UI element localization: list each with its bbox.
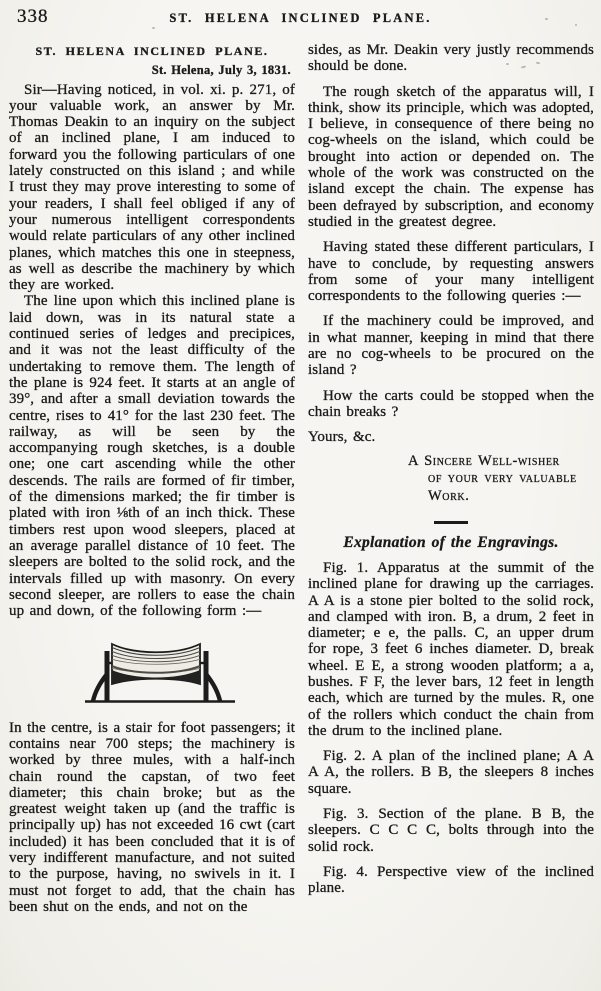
body-paragraph: Having stated these different particular…: [308, 239, 594, 304]
paper-speck: [575, 24, 577, 26]
figure-caption-paragraph: Fig. 4. Perspective view of the inclined…: [308, 864, 594, 897]
body-paragraph: sides, as Mr. Deakin very justly recomme…: [308, 42, 594, 75]
page-number: 338: [17, 6, 49, 28]
body-paragraph: The line upon which this inclined plane …: [9, 293, 295, 619]
letter-closing: Yours, &c.: [308, 429, 594, 445]
signature-line: of your very valuable: [428, 470, 594, 488]
figure-caption-paragraph: Fig. 2. A plan of the inclined plane; A …: [308, 748, 594, 797]
pencil-mark: [506, 63, 509, 65]
figure-caption-paragraph: Fig. 1. Apparatus at the summit of the i…: [308, 560, 594, 739]
signature-line: Work.: [428, 488, 594, 506]
body-paragraph: In the centre, is a stair for foot passe…: [9, 720, 295, 916]
section-heading: Explanation of the Engravings.: [308, 535, 594, 551]
body-paragraph: The rough sketch of the apparatus will, …: [308, 84, 594, 231]
scanned-document-page: 338 ST. HELENA INCLINED PLANE. ST. HELEN…: [0, 0, 601, 991]
figure-caption-paragraph: Fig. 3. Section of the plane. B B, the s…: [308, 806, 594, 855]
running-head: ST. HELENA INCLINED PLANE.: [0, 0, 601, 26]
two-column-layout: ST. HELENA INCLINED PLANE. St. Helena, J…: [0, 36, 601, 915]
body-paragraph: Sir—Having noticed, in vol. xi. p. 271, …: [9, 82, 295, 294]
signature-line: A Sincere Well-wisher: [408, 453, 594, 471]
left-column: ST. HELENA INCLINED PLANE. St. Helena, J…: [9, 42, 295, 915]
roller-engraving-illustration: [17, 632, 303, 709]
pencil-mark: [536, 62, 540, 65]
section-divider-rule: [434, 521, 468, 524]
paper-speck: [152, 27, 155, 29]
body-paragraph: How the carts could be stopped when the …: [308, 388, 594, 421]
dateline: St. Helena, July 3, 1831.: [9, 62, 291, 78]
body-paragraph: If the machinery could be improved, and …: [308, 313, 594, 378]
paper-speck: [545, 18, 548, 20]
roller-engraving-drawing: [85, 632, 235, 705]
signature-block: A Sincere Well-wisher of your very valua…: [308, 453, 594, 506]
article-title: ST. HELENA INCLINED PLANE.: [9, 43, 295, 59]
right-column: sides, as Mr. Deakin very justly recomme…: [308, 42, 594, 915]
page-header: 338 ST. HELENA INCLINED PLANE.: [0, 0, 601, 36]
